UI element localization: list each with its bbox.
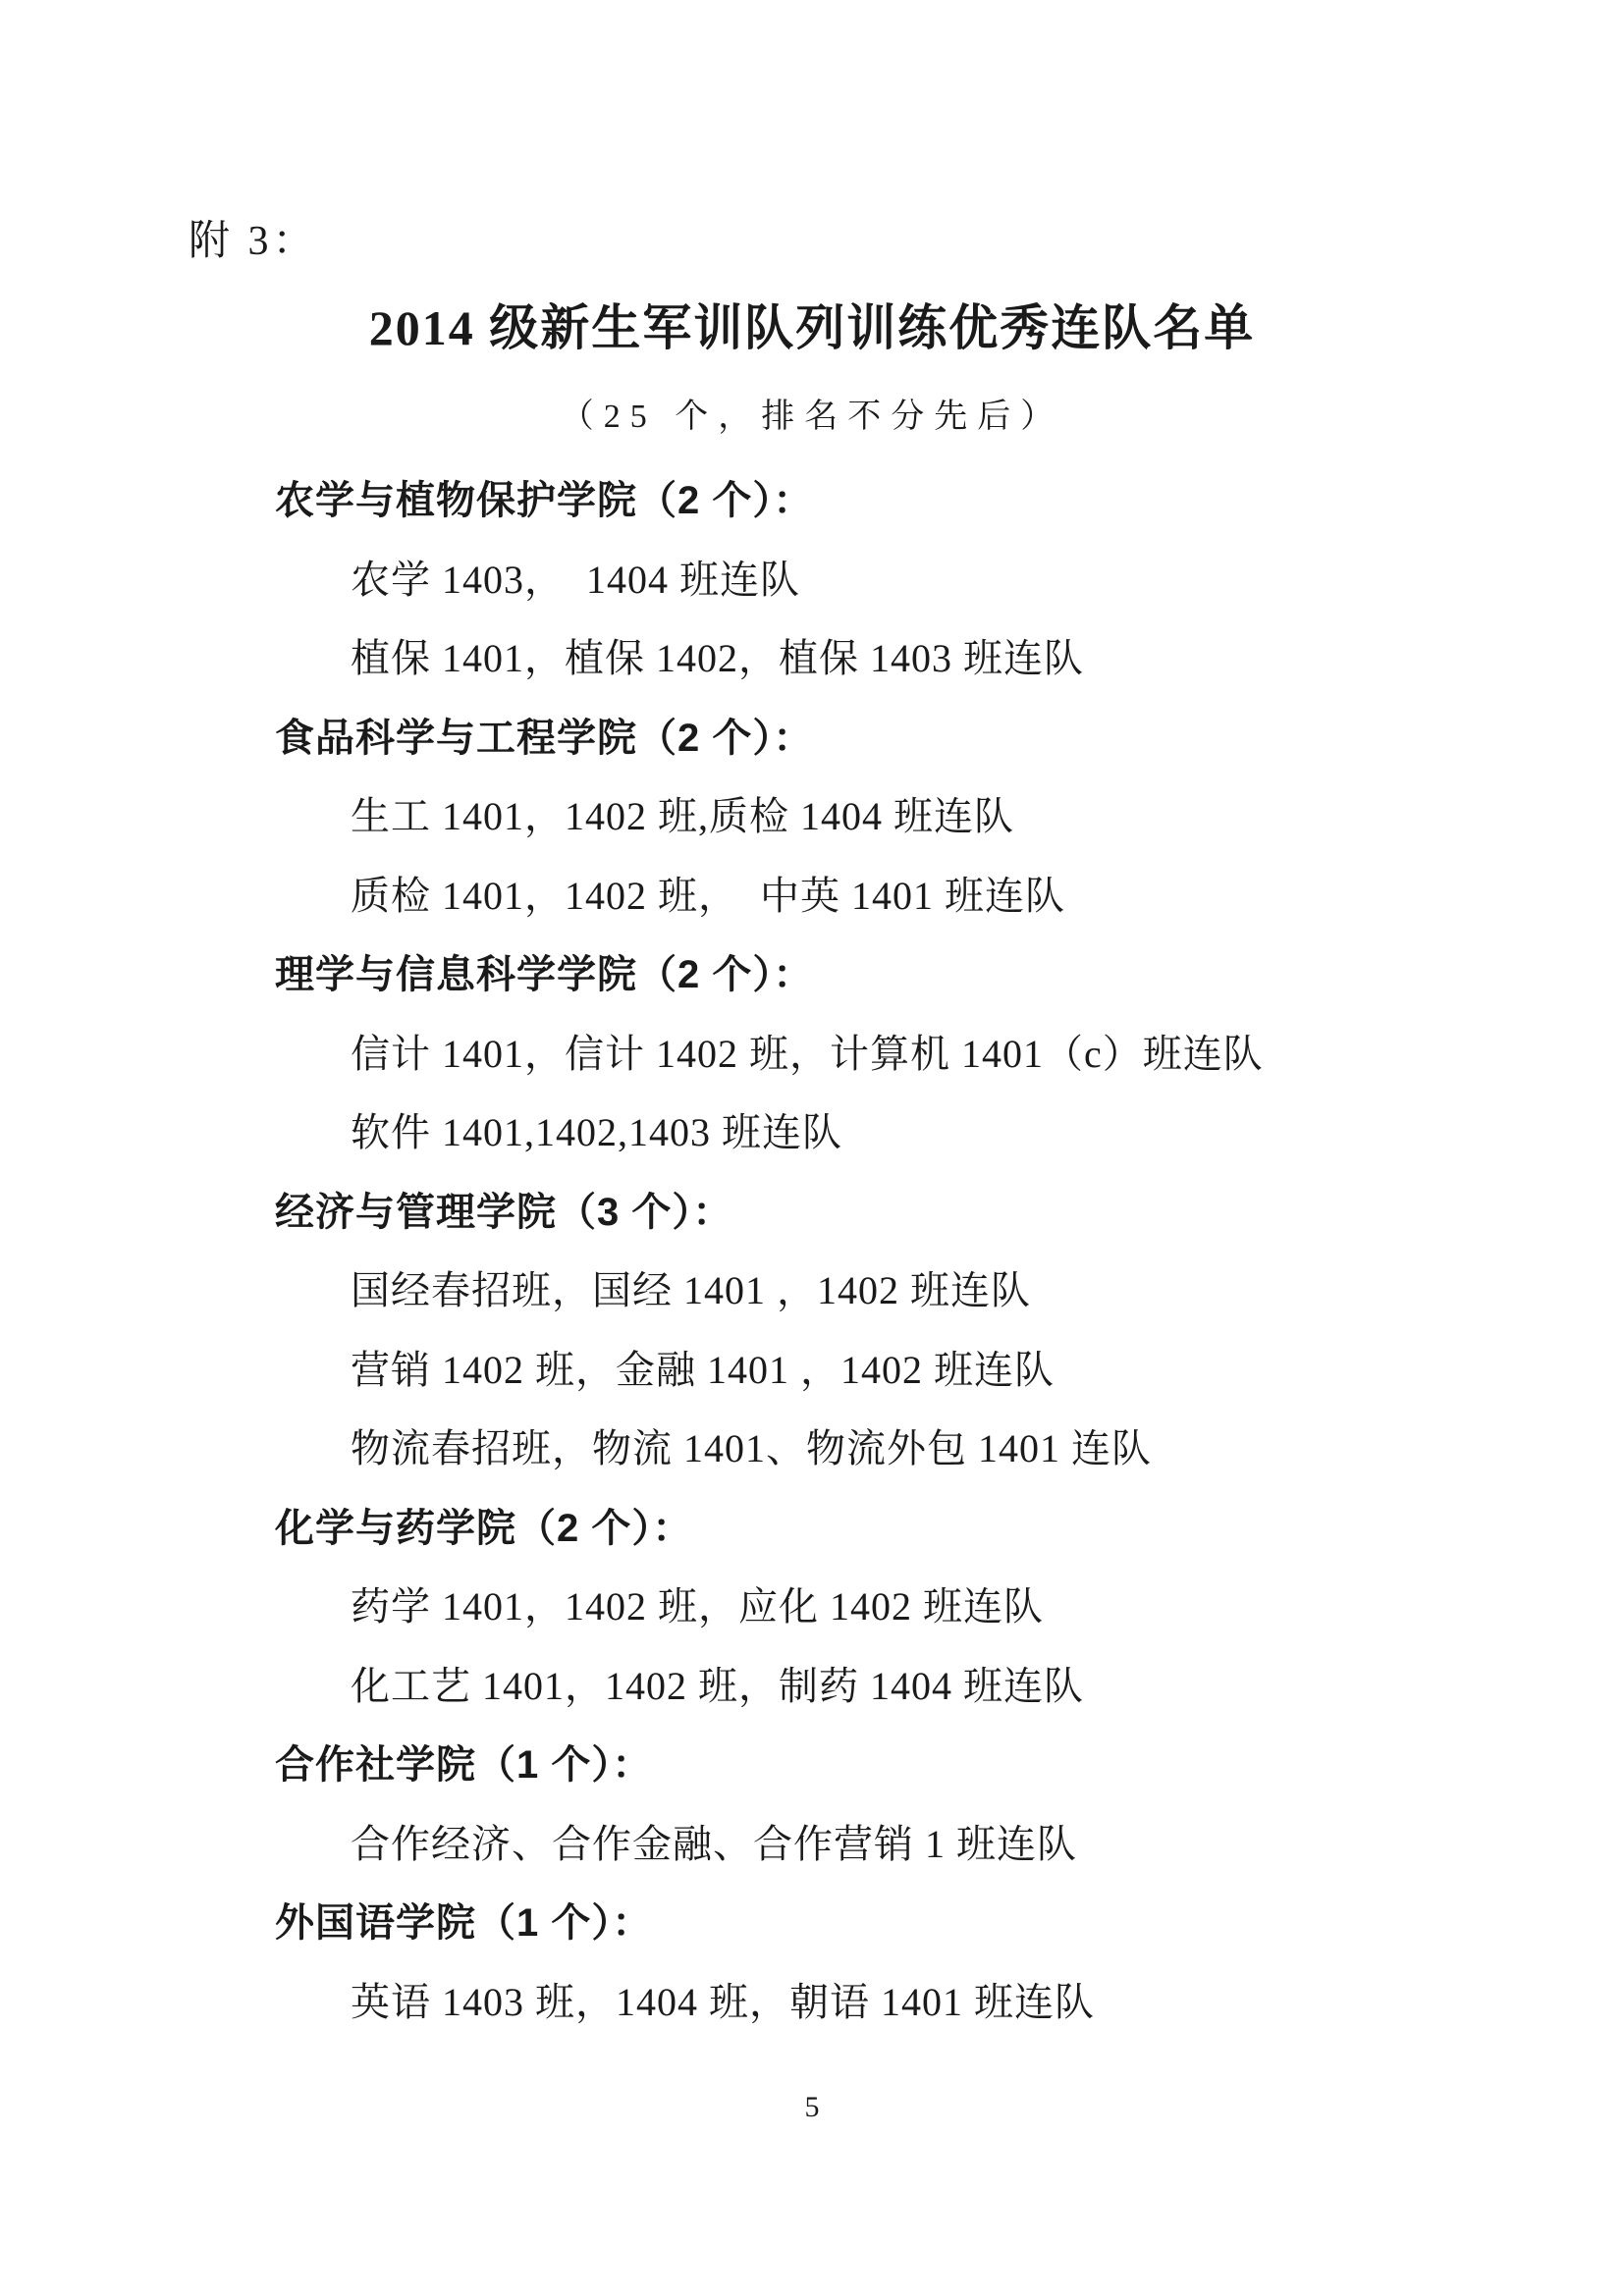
company-item: 信计 1401，信计 1402 班，计算机 1401（c）班连队 (0, 1015, 1624, 1095)
company-item: 化工艺 1401，1402 班，制药 1404 班连队 (0, 1647, 1624, 1727)
section-header: 合作社学院（1 个）： (0, 1726, 1624, 1805)
document-page: 附 3： 2014 级新生军训队列训练优秀连队名单 （25 个，排名不分先后） … (0, 0, 1624, 2296)
page-number: 5 (0, 2091, 1624, 2124)
section-header: 经济与管理学院（3 个）： (0, 1173, 1624, 1253)
section-header: 外国语学院（1 个）： (0, 1884, 1624, 1963)
company-item: 营销 1402 班，金融 1401 ，1402 班连队 (0, 1331, 1624, 1411)
college-list: 农学与植物保护学院（2 个）：农学 1403， 1404 班连队植保 1401，… (0, 461, 1624, 2042)
company-item: 合作经济、合作金融、合作营销 1 班连队 (0, 1805, 1624, 1885)
company-item: 药学 1401，1402 班，应化 1402 班连队 (0, 1568, 1624, 1647)
company-item: 植保 1401，植保 1402，植保 1403 班连队 (0, 619, 1624, 699)
section-header: 食品科学与工程学院（2 个）： (0, 699, 1624, 778)
page-subtitle: （25 个，排名不分先后） (0, 389, 1624, 437)
attachment-label: 附 3： (189, 208, 318, 267)
company-item: 质检 1401，1402 班， 中英 1401 班连队 (0, 857, 1624, 936)
section-header: 化学与药学院（2 个）： (0, 1489, 1624, 1569)
company-item: 生工 1401，1402 班,质检 1404 班连队 (0, 777, 1624, 857)
company-item: 农学 1403， 1404 班连队 (0, 541, 1624, 620)
company-item: 国经春招班，国经 1401 ，1402 班连队 (0, 1252, 1624, 1331)
section-header: 农学与植物保护学院（2 个）： (0, 461, 1624, 541)
company-item: 英语 1403 班，1404 班，朝语 1401 班连队 (0, 1963, 1624, 2043)
company-item: 软件 1401,1402,1403 班连队 (0, 1094, 1624, 1173)
page-title: 2014 级新生军训队列训练优秀连队名单 (0, 289, 1624, 359)
company-item: 物流春招班，物流 1401、物流外包 1401 连队 (0, 1410, 1624, 1489)
section-header: 理学与信息科学学院（2 个）： (0, 935, 1624, 1015)
